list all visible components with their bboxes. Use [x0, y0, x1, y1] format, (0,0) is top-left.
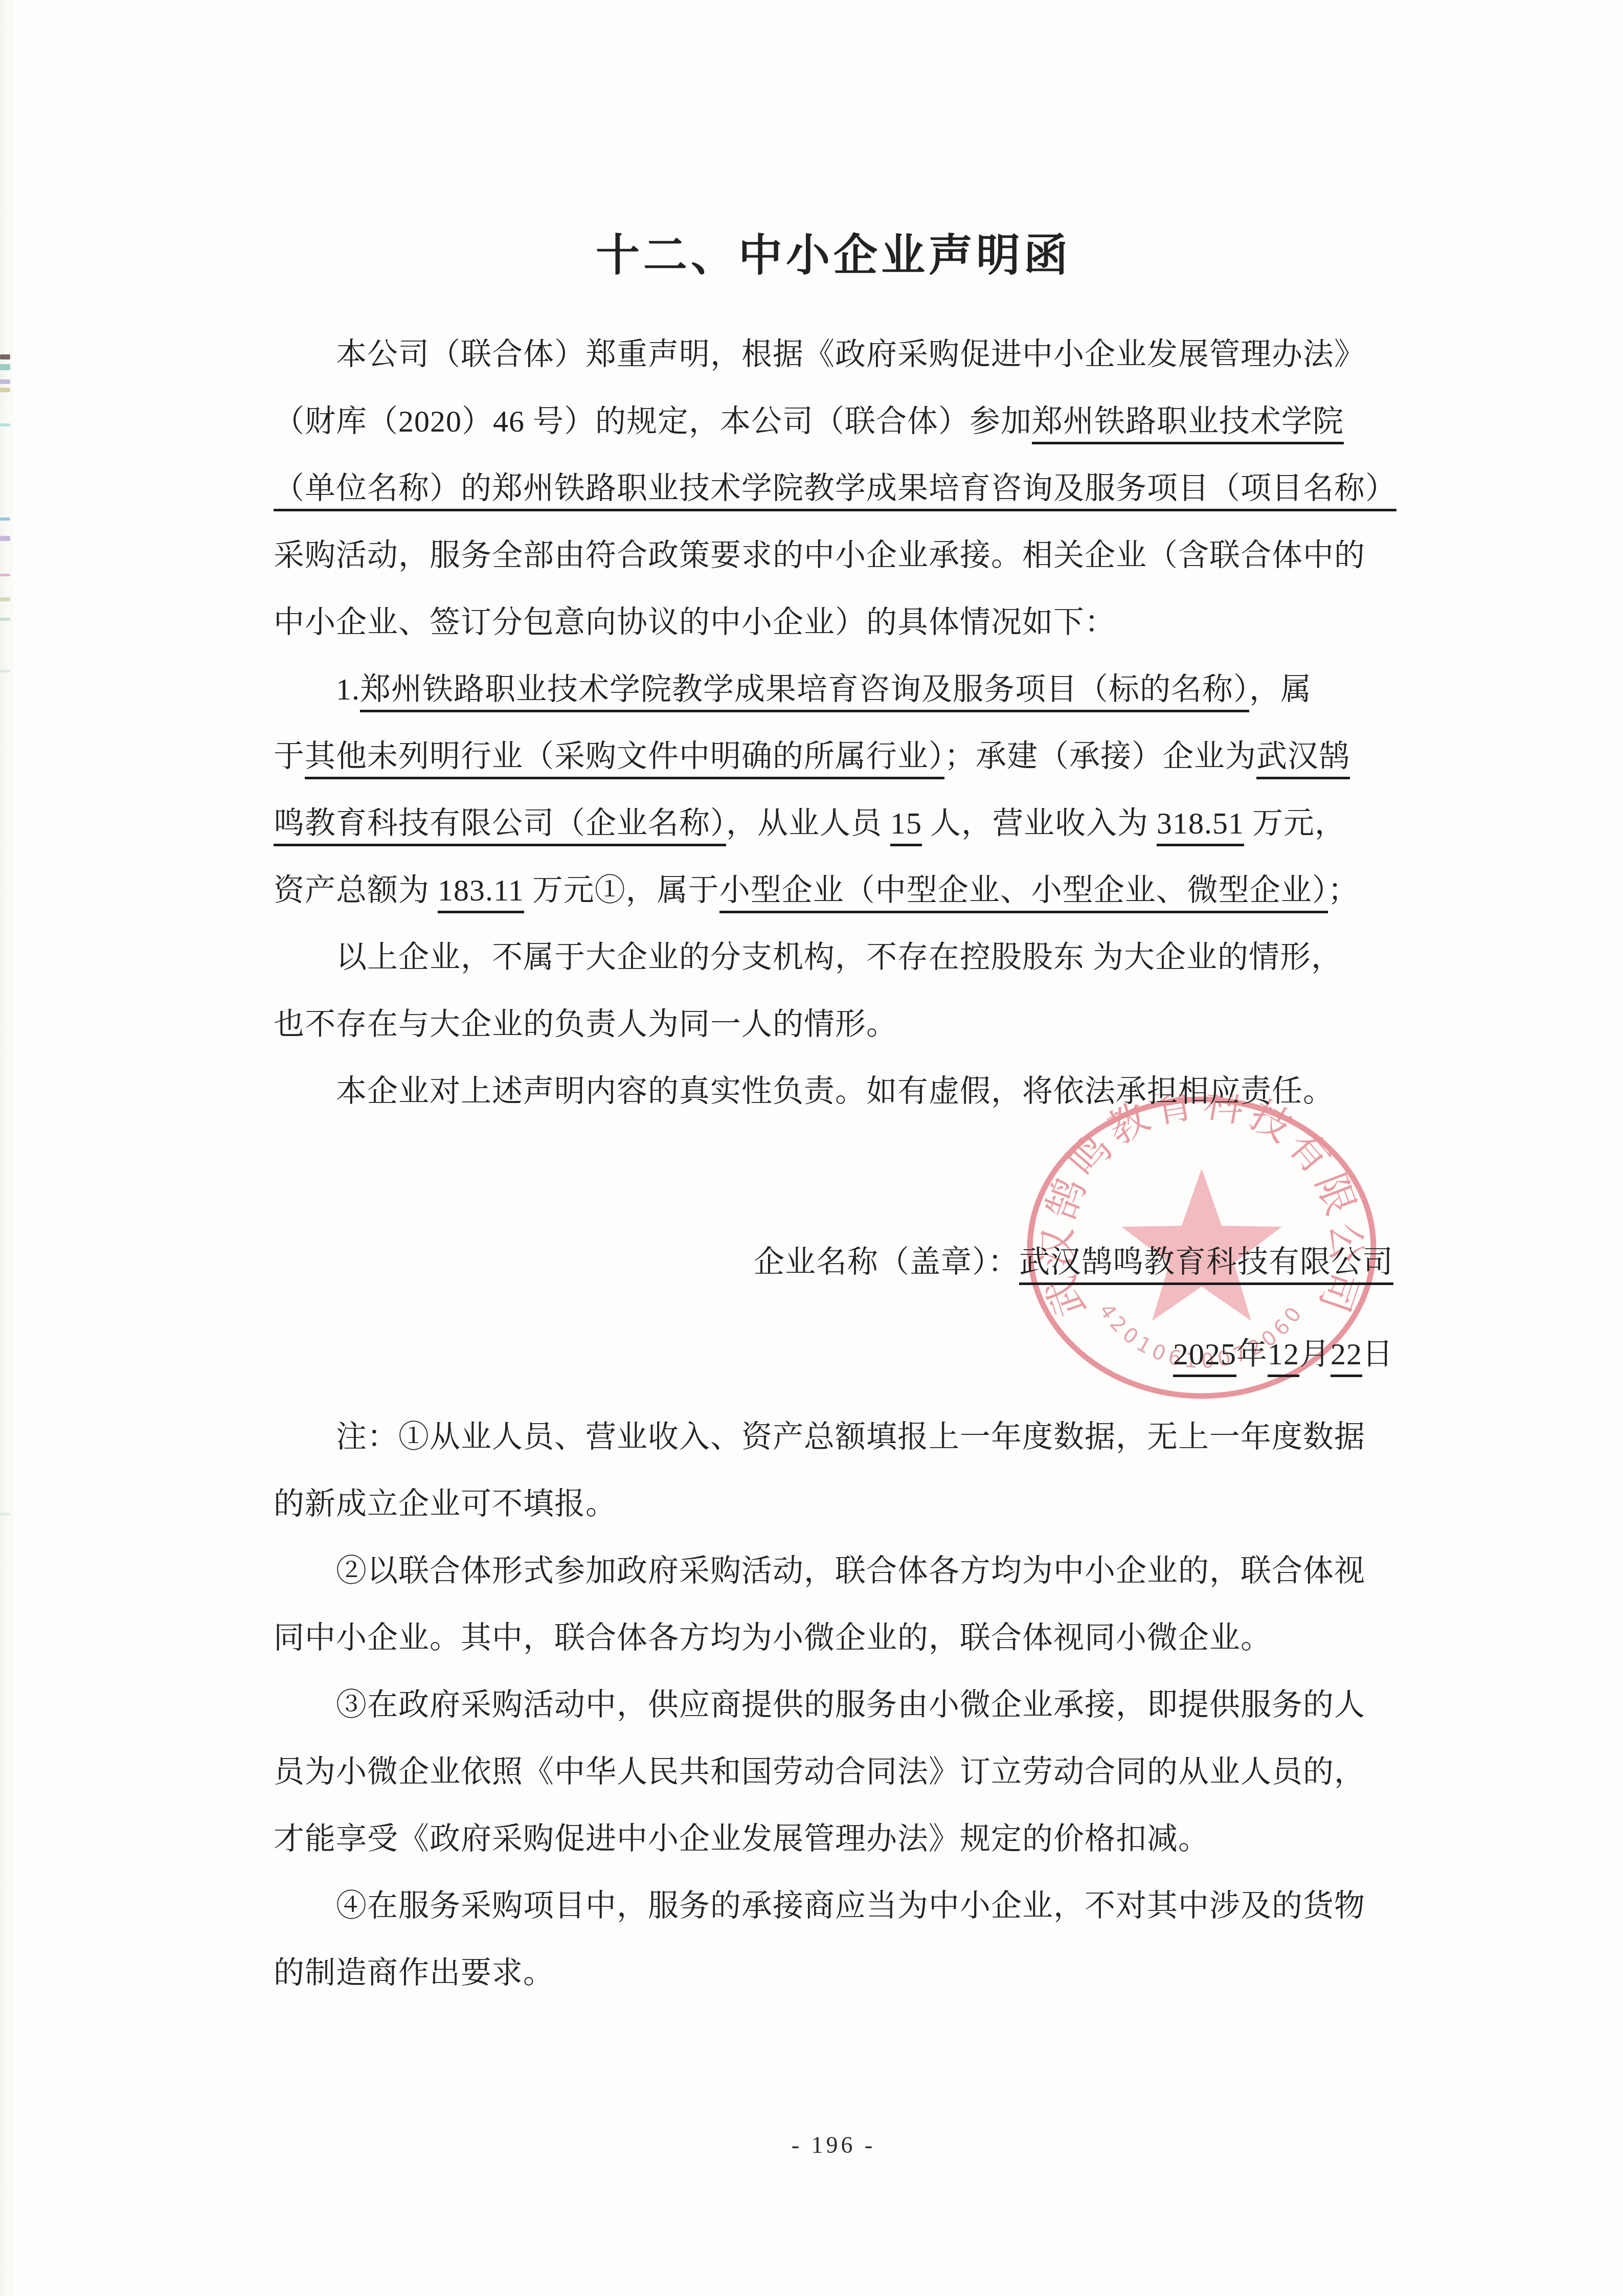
- text-line: （财库（2020）46 号）的规定，本公司（联合体）参加郑州铁路职业技术学院: [274, 397, 1393, 450]
- filled-in-text: 武汉鹄鸣教育科技有限公司: [1019, 1245, 1393, 1285]
- filled-in-text: 15: [890, 806, 922, 846]
- text-line: 的制造商作出要求。: [274, 1948, 1393, 2001]
- text-line: （单位名称）的郑州铁路职业技术学院教学成果培育咨询及服务项目（项目名称）: [274, 464, 1393, 517]
- scan-artifact: [0, 1513, 10, 1516]
- text-line: 注：①从业人员、营业收入、资产总额填报上一年度数据，无上一年度数据: [274, 1412, 1456, 1466]
- text-line: 的新成立企业可不填报。: [274, 1479, 1393, 1533]
- text-line: ②以联合体形式参加政府采购活动，联合体各方均为中小企业的，联合体视: [274, 1546, 1456, 1600]
- text-segment: ③在政府采购活动中，供应商提供的服务由小微企业承接，即提供服务的人: [336, 1688, 1365, 1722]
- scan-artifact: [0, 364, 10, 370]
- text-line: 也不存在与大企业的负责人为同一人的情形。: [274, 1000, 1393, 1053]
- text-segment: 月: [1299, 1337, 1331, 1371]
- text-segment: 以上企业，不属于大企业的分支机构，不存在控股股东 为大企业的情形，: [336, 940, 1342, 974]
- text-segment: ④在服务采购项目中，服务的承接商应当为中小企业，不对其中涉及的货物: [336, 1889, 1365, 1923]
- text-line: ③在政府采购活动中，供应商提供的服务由小微企业承接，即提供服务的人: [274, 1680, 1456, 1734]
- text-line: 采购活动，服务全部由符合政策要求的中小企业承接。相关企业（含联合体中的: [274, 531, 1393, 584]
- scan-artifact: [0, 423, 10, 426]
- text-segment: 中小企业、签订分包意向协议的中小企业）的具体情况如下：: [274, 605, 1116, 639]
- scan-artifact: [0, 379, 10, 384]
- text-segment: 企业名称（盖章）：: [754, 1245, 1019, 1279]
- text-segment: 才能享受《政府采购促进中小企业发展管理办法》规定的价格扣减。: [274, 1822, 1209, 1856]
- text-line: 鸣教育科技有限公司（企业名称），从业人员 15 人，营业收入为 318.51 万…: [274, 799, 1393, 852]
- text-line: 2025年12月22日: [274, 1330, 1414, 1383]
- filled-in-text: 武汉鹄: [1256, 739, 1350, 779]
- text-segment: 同中小企业。其中，联合体各方均为小微企业的，联合体视同小微企业。: [274, 1621, 1272, 1655]
- text-line: 才能享受《政府采购促进中小企业发展管理办法》规定的价格扣减。: [274, 1814, 1393, 1867]
- text-line: 同中小企业。其中，联合体各方均为小微企业的，联合体视同小微企业。: [274, 1613, 1393, 1667]
- filled-in-text: 12: [1268, 1337, 1299, 1377]
- text-segment: ②以联合体形式参加政府采购活动，联合体各方均为中小企业的，联合体视: [336, 1554, 1365, 1588]
- text-segment: 日: [1362, 1337, 1393, 1371]
- page-number: - 196 -: [274, 2131, 1393, 2158]
- text-line: 中小企业、签订分包意向协议的中小企业）的具体情况如下：: [274, 598, 1393, 651]
- filled-in-text: 小型企业（中型企业、小型企业、微型企业）: [719, 873, 1328, 913]
- filled-in-text: 318.51: [1157, 806, 1244, 846]
- text-segment: 1.: [336, 672, 360, 706]
- text-segment: ；: [1328, 873, 1359, 907]
- scan-artifact: [0, 517, 10, 521]
- scan-artifact: [0, 618, 10, 621]
- text-segment: 注：①从业人员、营业收入、资产总额填报上一年度数据，无上一年度数据: [336, 1420, 1365, 1454]
- text-segment: ，属: [1249, 672, 1312, 706]
- text-segment: 员为小微企业依照《中华人民共和国劳动合同法》订立劳动合同的从业人员的，: [274, 1755, 1365, 1789]
- text-line: 于其他未列明行业（采购文件中明确的所属行业）；承建（承接）企业为武汉鹄: [274, 732, 1393, 785]
- scan-edge-strip: [0, 0, 12, 2296]
- text-segment: 也不存在与大企业的负责人为同一人的情形。: [274, 1007, 897, 1041]
- scan-artifact: [0, 597, 10, 601]
- filled-in-text: 郑州铁路职业技术学院: [1032, 404, 1344, 444]
- text-line: 员为小微企业依照《中华人民共和国劳动合同法》订立劳动合同的从业人员的，: [274, 1747, 1393, 1800]
- filled-in-text: 其他未列明行业（采购文件中明确的所属行业）: [305, 739, 944, 779]
- scan-artifact: [0, 536, 10, 541]
- text-segment: 的制造商作出要求。: [274, 1956, 554, 1990]
- filled-in-text: 郑州铁路职业技术学院教学成果培育咨询及服务项目（标的名称）: [360, 672, 1249, 712]
- text-segment: 于: [274, 739, 305, 773]
- scan-artifact: [0, 354, 10, 359]
- filled-in-text: 的郑州铁路职业技术学院教学成果培育咨询及服务项目（项目名称）: [461, 471, 1396, 511]
- text-segment: 资产总额为: [274, 873, 438, 907]
- text-line: 资产总额为 183.11 万元①，属于小型企业（中型企业、小型企业、微型企业）；: [274, 866, 1393, 919]
- text-segment: 年: [1236, 1337, 1268, 1371]
- scan-artifact: [0, 670, 10, 672]
- filled-in-text: （单位名称）: [274, 471, 461, 511]
- text-segment: 人，营业收入为: [922, 806, 1157, 840]
- text-segment: 采购活动，服务全部由符合政策要求的中小企业承接。相关企业（含联合体中的: [274, 538, 1365, 572]
- text-segment: 本公司（联合体）郑重声明，根据《政府采购促进中小企业发展管理办法》: [336, 337, 1365, 371]
- filled-in-text: 鸣教育科技有限公司（企业名称）: [274, 806, 726, 846]
- text-segment: ；承建（承接）企业为: [944, 739, 1256, 773]
- text-segment: 万元，: [1244, 806, 1346, 840]
- scan-artifact: [0, 388, 10, 392]
- scan-artifact: [0, 574, 10, 576]
- text-line: 本公司（联合体）郑重声明，根据《政府采购促进中小企业发展管理办法》: [274, 330, 1456, 383]
- filled-in-text: 183.11: [438, 873, 524, 913]
- text-segment: ，从业人员: [726, 806, 890, 840]
- text-line: 以上企业，不属于大企业的分支机构，不存在控股股东 为大企业的情形，: [274, 933, 1456, 986]
- text-segment: 万元①，属于: [524, 873, 719, 907]
- text-line: 企业名称（盖章）：武汉鹄鸣教育科技有限公司: [274, 1237, 1424, 1291]
- text-line: ④在服务采购项目中，服务的承接商应当为中小企业，不对其中涉及的货物: [274, 1881, 1456, 1934]
- text-segment: 的新成立企业可不填报。: [274, 1487, 617, 1521]
- filled-in-text: 22: [1331, 1337, 1362, 1377]
- text-line: 本企业对上述声明内容的真实性负责。如有虚假，将依法承担相应责任。: [274, 1067, 1456, 1120]
- document-page: 十二、中小企业声明函 武汉鹄鸣教育科技有限公司 42010610072060 本…: [0, 0, 1623, 2296]
- text-line: 1.郑州铁路职业技术学院教学成果培育咨询及服务项目（标的名称），属: [274, 665, 1456, 718]
- page-title: 十二、中小企业声明函: [274, 220, 1393, 283]
- text-segment: 本企业对上述声明内容的真实性负责。如有虚假，将依法承担相应责任。: [336, 1074, 1334, 1108]
- filled-in-text: 2025: [1173, 1337, 1236, 1377]
- text-segment: （财库（2020）46 号）的规定，本公司（联合体）参加: [274, 404, 1032, 438]
